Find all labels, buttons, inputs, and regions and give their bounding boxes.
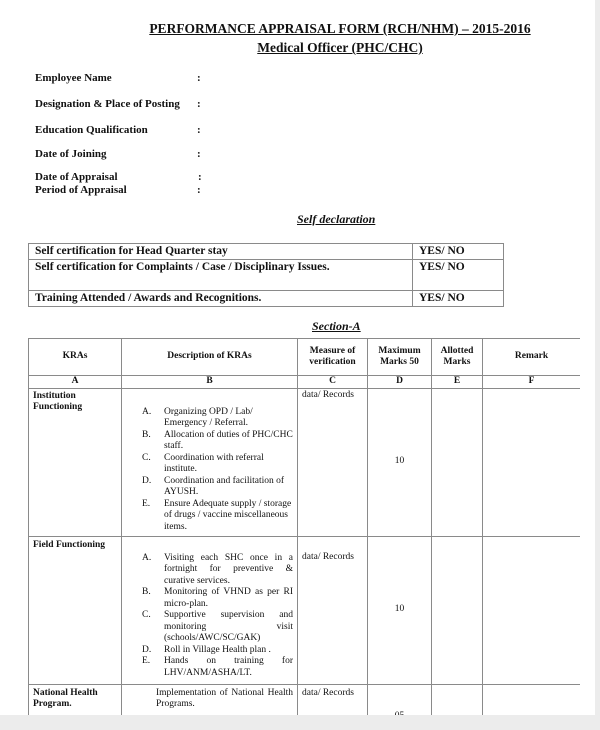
field-separator: : (198, 171, 202, 183)
document-page: PERFORMANCE APPRAISAL FORM (RCH/NHM) – 2… (0, 0, 595, 715)
column-header-verification: Measure of verification (298, 339, 368, 376)
verification-measure: data/ Records (298, 388, 368, 536)
kra-name: Field Functioning (29, 536, 122, 684)
declaration-value: YES/ NO (413, 244, 504, 260)
declaration-item: Self certification for Head Quarter stay (29, 244, 413, 260)
list-item: E.Ensure Adequate supply / storage of dr… (140, 499, 293, 534)
list-item: A.Visiting each SHC once in a fortnight … (140, 553, 293, 588)
field-designation: Designation & Place of Posting (35, 98, 180, 110)
column-header-max-marks: Maximum Marks 50 (368, 339, 432, 376)
kra-name: Institution Functioning (29, 388, 122, 536)
allotted-marks-cell[interactable] (432, 536, 483, 684)
field-separator: : (197, 184, 201, 196)
field-education: Education Qualification (35, 124, 148, 136)
declaration-value: YES/ NO (413, 260, 504, 291)
column-letters-row: A B C D E F (29, 376, 581, 389)
max-marks: 10 (368, 536, 432, 684)
table-row: National Health Program. Implementation … (29, 684, 581, 715)
field-period-of-appraisal: Period of Appraisal (35, 184, 127, 196)
verification-measure: data/ Records (298, 536, 368, 684)
form-title: PERFORMANCE APPRAISAL FORM (RCH/NHM) – 2… (0, 21, 595, 37)
column-letter: D (368, 376, 432, 389)
section-a-table: KRAs Description of KRAs Measure of veri… (28, 338, 580, 715)
list-item: E.Hands on training for LHV/ANM/ASHA/LT. (140, 656, 293, 679)
column-letter: F (483, 376, 581, 389)
max-marks: 10 (368, 388, 432, 536)
verification-measure: data/ Records (298, 684, 368, 715)
field-separator: : (197, 98, 201, 110)
allotted-marks-cell[interactable] (432, 684, 483, 715)
field-separator: : (197, 124, 201, 136)
column-letter: E (432, 376, 483, 389)
list-item: B.Monitoring of VHND as per RI micro-pla… (140, 587, 293, 610)
declaration-value: YES/ NO (413, 291, 504, 307)
declaration-item: Training Attended / Awards and Recogniti… (29, 291, 413, 307)
description-list: A.Visiting each SHC once in a fortnight … (140, 553, 293, 680)
self-declaration-heading: Self declaration (297, 212, 375, 227)
kra-description: Implementation of National Health Progra… (122, 684, 298, 715)
kra-name: National Health Program. (29, 684, 122, 715)
self-declaration-table: Self certification for Head Quarter stay… (28, 243, 504, 307)
column-header-remark: Remark (483, 339, 581, 376)
column-header-description: Description of KRAs (122, 339, 298, 376)
list-item: D.Roll in Village Health plan . (140, 645, 293, 657)
column-letter: B (122, 376, 298, 389)
table-row: Field Functioning A.Visiting each SHC on… (29, 536, 581, 684)
list-item: C.Supportive supervision and monitoring … (140, 610, 293, 645)
max-marks: 05 (368, 684, 432, 715)
remark-cell[interactable] (483, 388, 581, 536)
list-item: B.Allocation of duties of PHC/CHC staff. (140, 430, 293, 453)
list-item: A.Organizing OPD / Lab/ Emergency / Refe… (140, 407, 293, 430)
list-item: D.Coordination and facilitation of AYUSH… (140, 476, 293, 499)
table-row: Training Attended / Awards and Recogniti… (29, 291, 504, 307)
table-row: Self certification for Complaints / Case… (29, 260, 504, 291)
allotted-marks-cell[interactable] (432, 388, 483, 536)
table-row: Institution Functioning A.Organizing OPD… (29, 388, 581, 536)
table-row: Self certification for Head Quarter stay… (29, 244, 504, 260)
field-date-of-appraisal: Date of Appraisal (35, 171, 118, 183)
field-separator: : (197, 148, 201, 160)
section-a-heading: Section-A (312, 319, 361, 334)
form-subtitle: Medical Officer (PHC/CHC) (0, 40, 595, 56)
declaration-item: Self certification for Complaints / Case… (29, 260, 413, 291)
remark-cell[interactable] (483, 684, 581, 715)
list-item: C.Coordination with referral institute. (140, 453, 293, 476)
column-letter: A (29, 376, 122, 389)
field-employee-name: Employee Name (35, 72, 112, 84)
field-separator: : (197, 72, 201, 84)
kra-description: A.Visiting each SHC once in a fortnight … (122, 536, 298, 684)
column-header-kras: KRAs (29, 339, 122, 376)
column-letter: C (298, 376, 368, 389)
remark-cell[interactable] (483, 536, 581, 684)
kra-description: A.Organizing OPD / Lab/ Emergency / Refe… (122, 388, 298, 536)
description-list: A.Organizing OPD / Lab/ Emergency / Refe… (140, 407, 293, 534)
field-date-of-joining: Date of Joining (35, 148, 107, 160)
column-header-allotted: Allotted Marks (432, 339, 483, 376)
table-header-row: KRAs Description of KRAs Measure of veri… (29, 339, 581, 376)
